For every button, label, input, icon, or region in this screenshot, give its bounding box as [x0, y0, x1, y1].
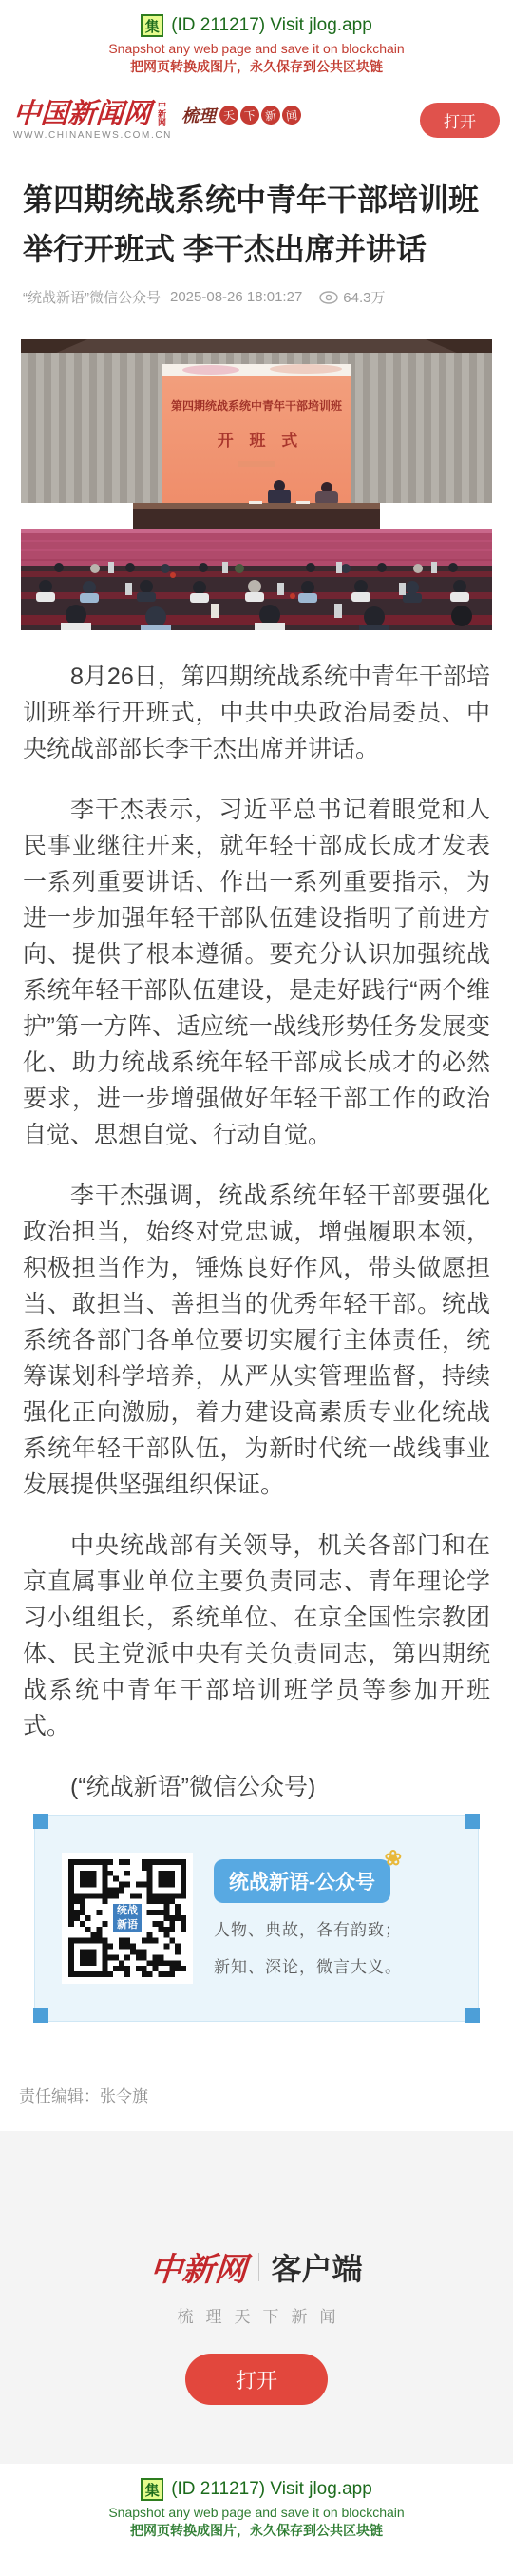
bottom-banner-title[interactable]: (ID 211217) Visit jlog.app [171, 2479, 372, 2500]
article-body: 8月26日，第四期统战系统中青年干部培训班举行开班式，中共中央政治局委员、中央统… [0, 659, 513, 1805]
photo-stage-carpet [21, 529, 492, 567]
article-source: “统战新语”微信公众号 [23, 287, 161, 307]
bottom-banner[interactable]: 集 (ID 211217) Visit jlog.app Snapshot an… [0, 2464, 513, 2547]
footer-logo-zhongxinwang: 中新网 [149, 2243, 249, 2290]
logo-slogan: 梳理 天 下 新 闻 [181, 103, 301, 127]
footer-logo-client: 客户端 [271, 2245, 362, 2289]
paragraph: 8月26日，第四期统战系统中青年干部培训班举行开班式，中共中央政治局委员、中央统… [23, 659, 490, 767]
card-corner [33, 1814, 48, 1829]
qr-card-line: 人物、典故，各有韵致； [214, 1916, 402, 1940]
footer-tagline: 梳理天下新闻 [0, 2303, 513, 2327]
qr-code: 统战 新语 [62, 1853, 193, 1984]
article-title: 第四期统战系统中青年干部培训班举行开班式 李干杰出席并讲话 [0, 175, 513, 274]
top-banner[interactable]: 集 (ID 211217) Visit jlog.app Snapshot an… [0, 0, 513, 84]
jlog-badge-icon: 集 [141, 2478, 163, 2501]
editor-credit: 责任编辑：张令旗 [0, 2083, 513, 2106]
paragraph: 李干杰强调，统战系统年轻干部要强化政治担当，始终对党忠诚，增强履职本领，积极担当… [23, 1178, 490, 1503]
slogan-char: 新 [260, 105, 282, 126]
card-corner [33, 2008, 48, 2023]
bottom-banner-line-en: Snapshot any web page and save it on blo… [0, 2504, 513, 2522]
photo-audience [21, 562, 492, 630]
paragraph: 李干杰表示，习近平总书记着眼党和人民事业继往开来，就年轻干部成长成才发表一系列重… [23, 792, 490, 1153]
logo-url: WWW.CHINANEWS.COM.CN [13, 130, 301, 141]
logo-calligraphy: 中国新闻网 [12, 99, 152, 127]
jlog-badge-icon: 集 [141, 14, 163, 37]
footer-open-button[interactable]: 打开 [185, 2354, 328, 2405]
page: 集 (ID 211217) Visit jlog.app Snapshot an… [0, 0, 513, 2547]
top-banner-line-zh: 把网页转换成图片，永久保存到公共区块链 [0, 58, 513, 76]
slogan-char: 下 [239, 105, 261, 126]
article-datetime: 2025-08-26 18:01:27 [170, 289, 302, 305]
paragraph: 中央统战部有关领导，机关各部门和在京直属事业单位主要负责同志、青年理论学习小组组… [23, 1528, 490, 1744]
svg-text:第四期统战系统中青年干部培训班: 第四期统战系统中青年干部培训班 [171, 398, 343, 413]
slogan-prefix: 梳理 [181, 103, 216, 127]
qr-card[interactable]: 统战 新语 统战新语-公众号 ❀ 人物、典故，各有韵致； 新知、深论，微言大义。 [34, 1815, 479, 2022]
qr-card-title-pill: 统战新语-公众号 ❀ [214, 1859, 390, 1903]
qr-card-text: 统战新语-公众号 ❀ 人物、典故，各有韵致； 新知、深论，微言大义。 [214, 1859, 402, 1977]
logo-side-mark: 中新网 [157, 101, 166, 126]
flower-icon: ❀ [385, 1846, 402, 1871]
slogan-char: 天 [218, 105, 240, 126]
app-footer: 中新网 客户端 梳理天下新闻 打开 [0, 2131, 513, 2464]
top-banner-title[interactable]: (ID 211217) Visit jlog.app [171, 15, 372, 36]
views-count: 64.3万 [343, 287, 385, 307]
footer-logo: 中新网 客户端 [0, 2243, 513, 2290]
article-photo: 第四期统战系统中青年干部培训班 开 班 式 [21, 339, 492, 630]
top-banner-line-en: Snapshot any web page and save it on blo… [0, 40, 513, 58]
open-app-button[interactable]: 打开 [420, 103, 500, 138]
article-byline: “统战新语”微信公众号 2025-08-26 18:01:27 64.3万 [0, 287, 513, 307]
card-corner [465, 2008, 480, 2023]
site-header: 中国新闻网 中新网 梳理 天 下 新 闻 WWW.CHINANEWS.COM.C… [0, 84, 513, 156]
source-note: (“统战新语”微信公众号) [23, 1769, 490, 1805]
footer-logo-divider [258, 2253, 259, 2281]
chinanews-logo[interactable]: 中国新闻网 中新网 梳理 天 下 新 闻 WWW.CHINANEWS.COM.C… [13, 99, 301, 141]
bottom-banner-line-zh: 把网页转换成图片，永久保存到公共区块链 [0, 2522, 513, 2540]
slogan-char: 闻 [281, 105, 303, 126]
svg-text:开 班 式: 开 班 式 [218, 431, 303, 450]
qr-card-line: 新知、深论，微言大义。 [214, 1953, 402, 1977]
eye-icon [319, 291, 338, 304]
qr-center-logo: 统战 新语 [111, 1902, 143, 1934]
card-corner [465, 1814, 480, 1829]
views-counter: 64.3万 [319, 287, 385, 307]
